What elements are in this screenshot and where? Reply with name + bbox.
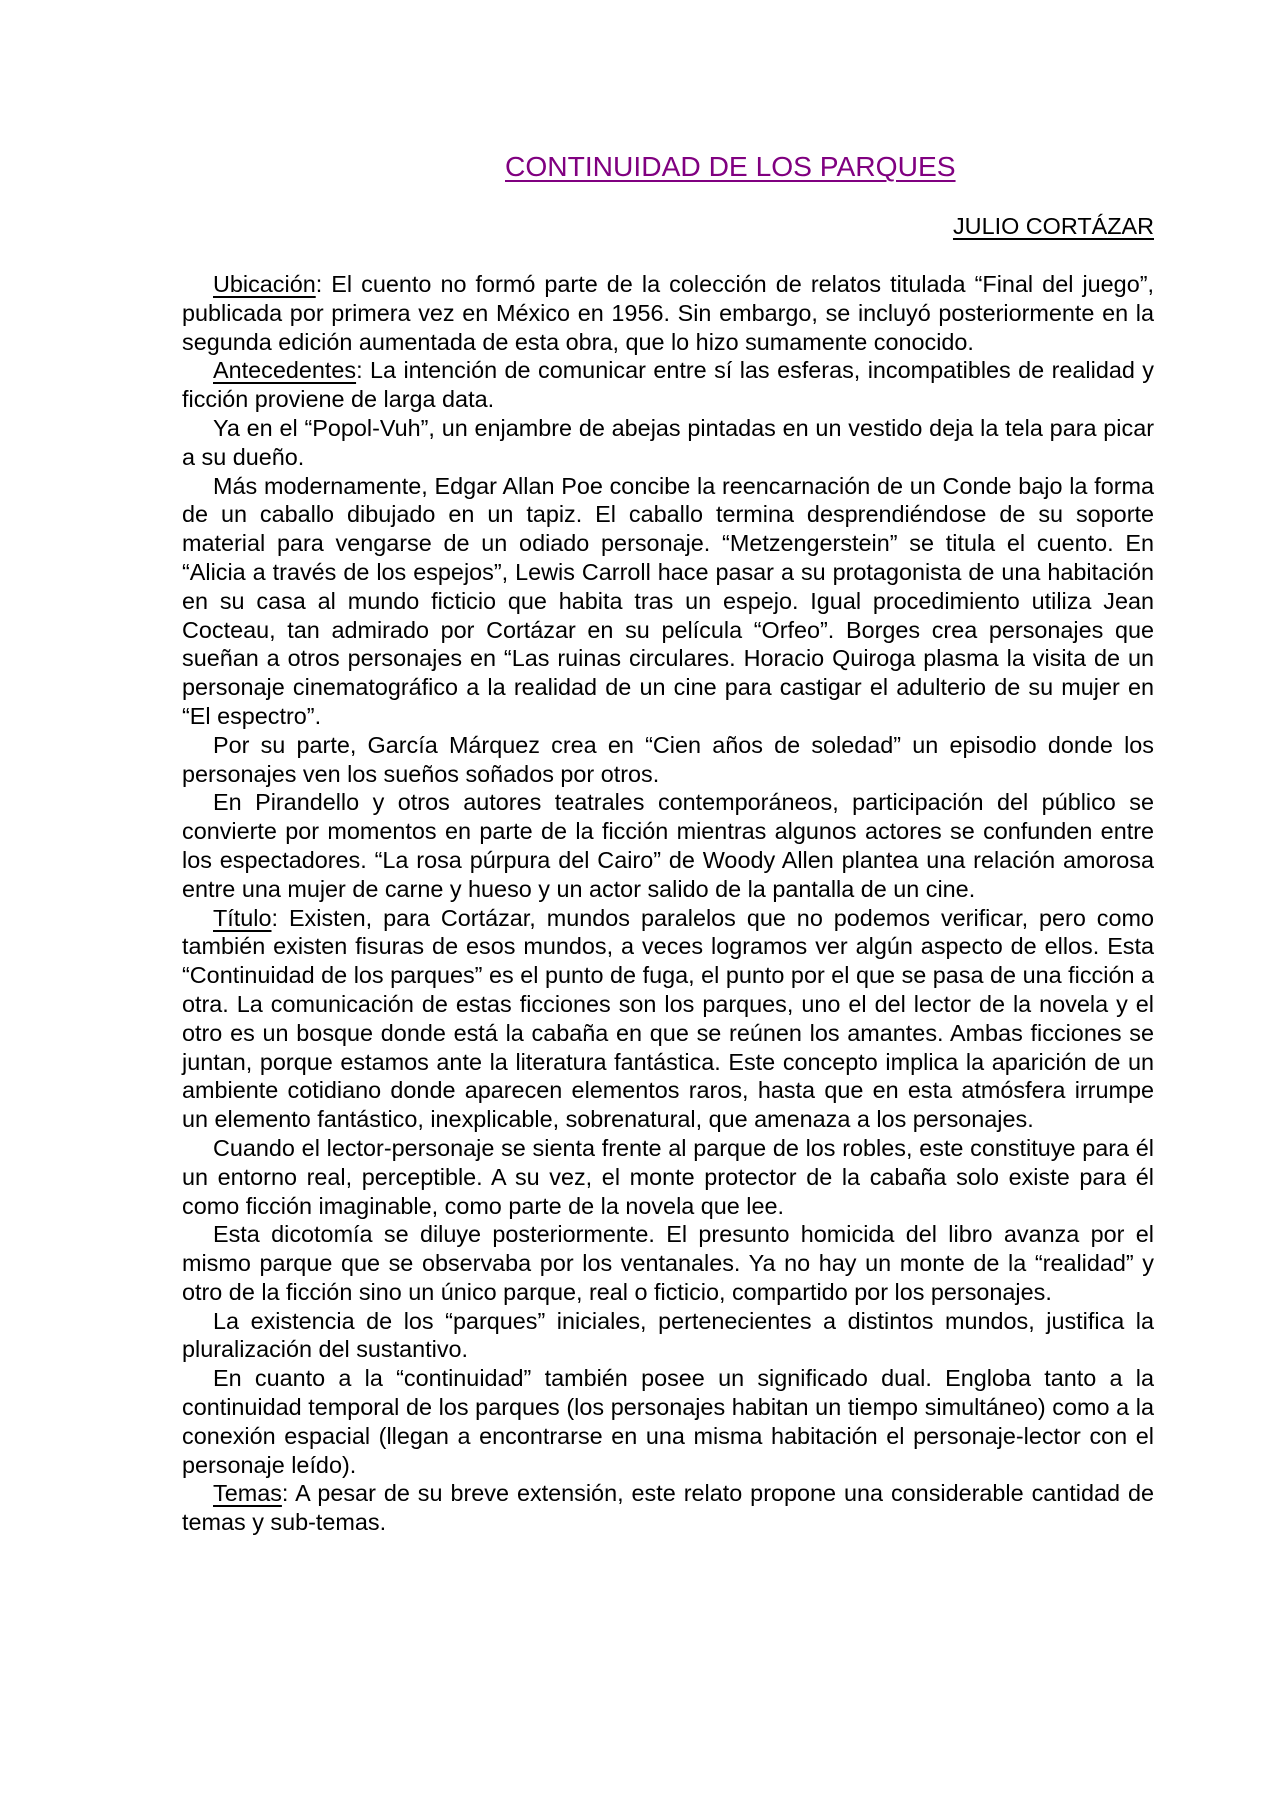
paragraph-poe: Más modernamente, Edgar Allan Poe concib… [182,472,1154,731]
paragraph-text: Por su parte, García Márquez crea en “Ci… [182,732,1154,787]
paragraph-text: : A pesar de su breve extensión, este re… [182,1480,1154,1535]
paragraph-text: Esta dicotomía se diluye posteriormente.… [182,1221,1154,1305]
paragraph-text: Ya en el “Popol-Vuh”, un enjambre de abe… [182,415,1154,470]
section-label-ubicacion: Ubicación [213,271,316,297]
paragraph-text: Cuando el lector-personaje se sienta fre… [182,1135,1154,1219]
paragraph-lector-personaje: Cuando el lector-personaje se sienta fre… [182,1134,1154,1220]
paragraph-continuidad: En cuanto a la “continuidad” también pos… [182,1364,1154,1479]
paragraph-text: En cuanto a la “continuidad” también pos… [182,1365,1154,1477]
paragraph-text: Más modernamente, Edgar Allan Poe concib… [182,473,1154,729]
document-body: Ubicación: El cuento no formó parte de l… [182,270,1154,1537]
document-title: CONTINUIDAD DE LOS PARQUES [505,148,956,184]
author-name: JULIO CORTÁZAR [953,211,1154,241]
paragraph-text: La existencia de los “parques” iniciales… [182,1308,1154,1363]
paragraph-temas: Temas: A pesar de su breve extensión, es… [182,1479,1154,1537]
paragraph-dicotomia: Esta dicotomía se diluye posteriormente.… [182,1220,1154,1306]
paragraph-text: En Pirandello y otros autores teatrales … [182,789,1154,901]
paragraph-titulo: Título: Existen, para Cortázar, mundos p… [182,904,1154,1134]
paragraph-ubicacion: Ubicación: El cuento no formó parte de l… [182,270,1154,356]
document-page: CONTINUIDAD DE LOS PARQUES JULIO CORTÁZA… [0,0,1280,1811]
section-label-titulo: Título [213,905,272,931]
paragraph-garcia-marquez: Por su parte, García Márquez crea en “Ci… [182,731,1154,789]
paragraph-pirandello: En Pirandello y otros autores teatrales … [182,788,1154,903]
section-label-antecedentes: Antecedentes [213,357,356,383]
paragraph-parques-iniciales: La existencia de los “parques” iniciales… [182,1307,1154,1365]
section-label-temas: Temas [213,1480,282,1506]
paragraph-antecedentes: Antecedentes: La intención de comunicar … [182,356,1154,414]
paragraph-popol-vuh: Ya en el “Popol-Vuh”, un enjambre de abe… [182,414,1154,472]
paragraph-text: : El cuento no formó parte de la colecci… [182,271,1154,355]
paragraph-text: : Existen, para Cortázar, mundos paralel… [182,905,1154,1133]
